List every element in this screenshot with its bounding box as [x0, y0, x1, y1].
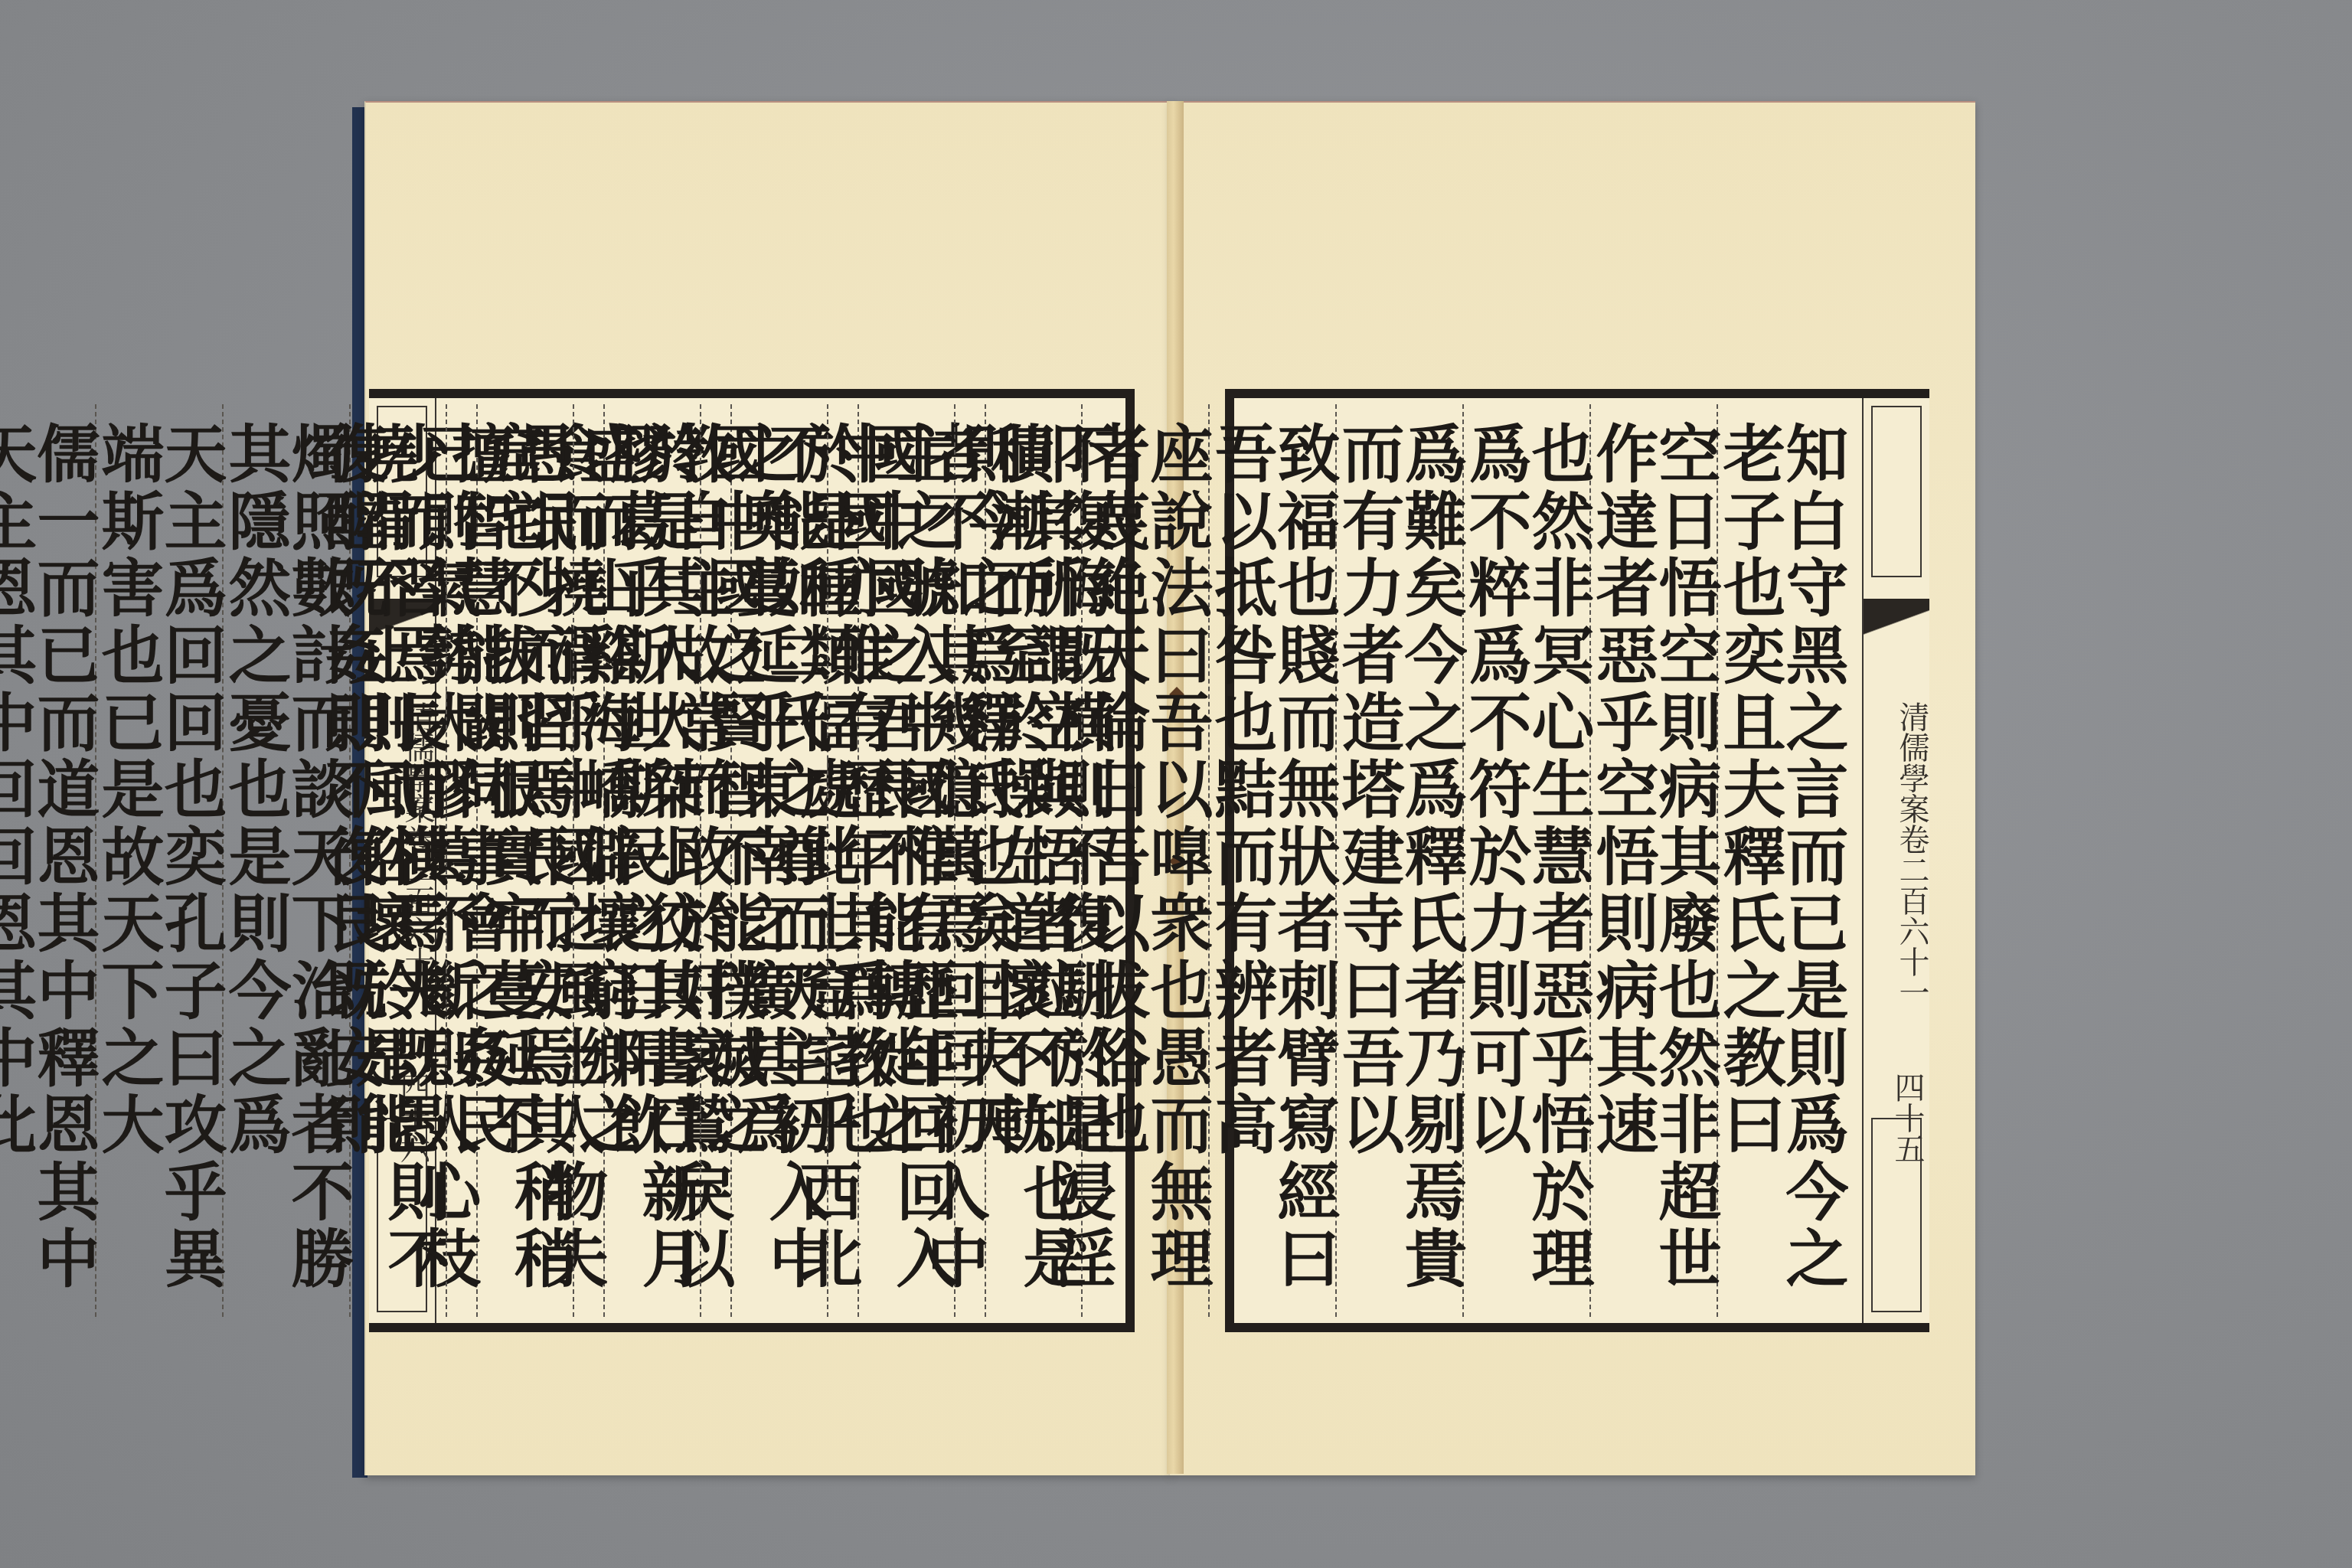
text-column: 於是其人大桀小狡其書日新月盛而山谿海嶠僻壤窮鄉之 [573, 404, 700, 1317]
right-banxin-margin: 清儒學案卷二百六十一 四十五 [1862, 398, 1929, 1323]
text-column: 儒一而已而道恩其中釋恩其中天主恩其中回回恩其中此 [0, 404, 95, 1317]
column-text: 叩其所謂空與悟者竝不知也是則今之爲釋氏也矣且夫天 [955, 404, 1081, 1317]
column-text: 爲難矣今之爲釋氏者乃剔焉貴而有力者造塔建寺曰吾以 [1337, 404, 1462, 1317]
text-column: 不能如二氏之尊而天主初入中國中國之賢智不能撲滅之 [700, 404, 827, 1317]
column-text: 不能如二氏之尊而天主初入中國中國之賢智不能撲滅之 [701, 404, 827, 1317]
column-text: 座說法曰吾以嘷衆也愚而無理者蔑絶天倫曰吾以拔俗也 [1083, 404, 1208, 1317]
banxin-title: 清儒學案卷二百六十一 [1864, 655, 1929, 1053]
column-text: 空日悟空則病其廢也然非超世作達者惡乎空悟則病其速 [1591, 404, 1717, 1317]
text-column: 知白守黑之言而已是則爲今之老子也奕且夫釋氏之教曰 [1717, 404, 1844, 1317]
banxin-upper-box [1871, 406, 1922, 577]
column-text: 愚氓少而習焉長而安焉其稍稍擅智慧能闞伺事會之姦民 [447, 404, 573, 1317]
column-text: 天主爲回回也奕孔子曰攻乎異端斯害也已是故天下之大 [96, 404, 222, 1317]
text-column: 愚氓少而習焉長而安焉其稍稍擅智慧能闞伺事會之姦民 [446, 404, 573, 1317]
text-column: 爲難矣今之爲釋氏者乃剔焉貴而有力者造塔建寺曰吾以 [1335, 404, 1462, 1317]
text-column: 座說法曰吾以嘷衆也愚而無理者蔑絶天倫曰吾以拔俗也 [1081, 404, 1208, 1317]
open-book: 清儒學案卷二百六十一 四十六 不復悔既横則不復馴於是浸淫積漸而至於操左道懷不軌 … [0, 0, 2352, 1568]
fishtail-ornament-icon [1864, 599, 1929, 645]
text-column: 空日悟空則病其廢也然非超世作達者惡乎空悟則病其速 [1589, 404, 1717, 1317]
right-text-columns: 知白守黑之言而已是則爲今之老子也奕且夫釋氏之教曰 空日悟空則病其廢也然非超世作達… [1248, 404, 1844, 1317]
column-text: 主之號入中國惟有歷年回回入中國亦惟有歷年其爲教也 [828, 404, 954, 1317]
text-column: 天主爲回回也奕孔子曰攻乎異端斯害也已是故天下之大 [95, 404, 222, 1317]
text-column: 主之號入中國惟有歷年回回入中國亦惟有歷年其爲教也 [827, 404, 954, 1317]
column-text: 少而習焉長而横焉夫既愚則不復醒既姦則不復艮既安則 [320, 404, 446, 1317]
column-text: 也然非冥心生慧者惡乎悟於理爲不粹爲不符於力則可以 [1464, 404, 1589, 1317]
column-text: 致福也賤而無狀者刺臂寫經曰吾以抵咎也黠而有辨者高 [1210, 404, 1335, 1317]
column-text: 於是其人大桀小狡其書日新月盛而山谿海嶠僻壤窮鄉之 [574, 404, 700, 1317]
banxin-lower-box [1871, 1118, 1922, 1312]
text-column: 叩其所謂空與悟者竝不知也是則今之爲釋氏也矣且夫天 [954, 404, 1081, 1317]
right-page-text-frame: 清儒學案卷二百六十一 四十五 知白守黑之言而已是則爲今之老子也奕且夫釋氏之教曰 … [1225, 389, 1929, 1332]
text-column: 也然非冥心生慧者惡乎悟於理爲不粹爲不符於力則可以 [1462, 404, 1589, 1317]
column-text: 儒一而已而道恩其中釋恩其中天主恩其中回回恩其中此 [0, 404, 95, 1317]
column-text: 知白守黑之言而已是則爲今之老子也奕且夫釋氏之教曰 [1718, 404, 1844, 1317]
text-column: 致福也賤而無狀者刺臂寫經曰吾以抵咎也黠而有辨者高 [1208, 404, 1335, 1317]
text-column: 少而習焉長而横焉夫既愚則不復醒既姦則不復艮既安則 [320, 404, 446, 1317]
